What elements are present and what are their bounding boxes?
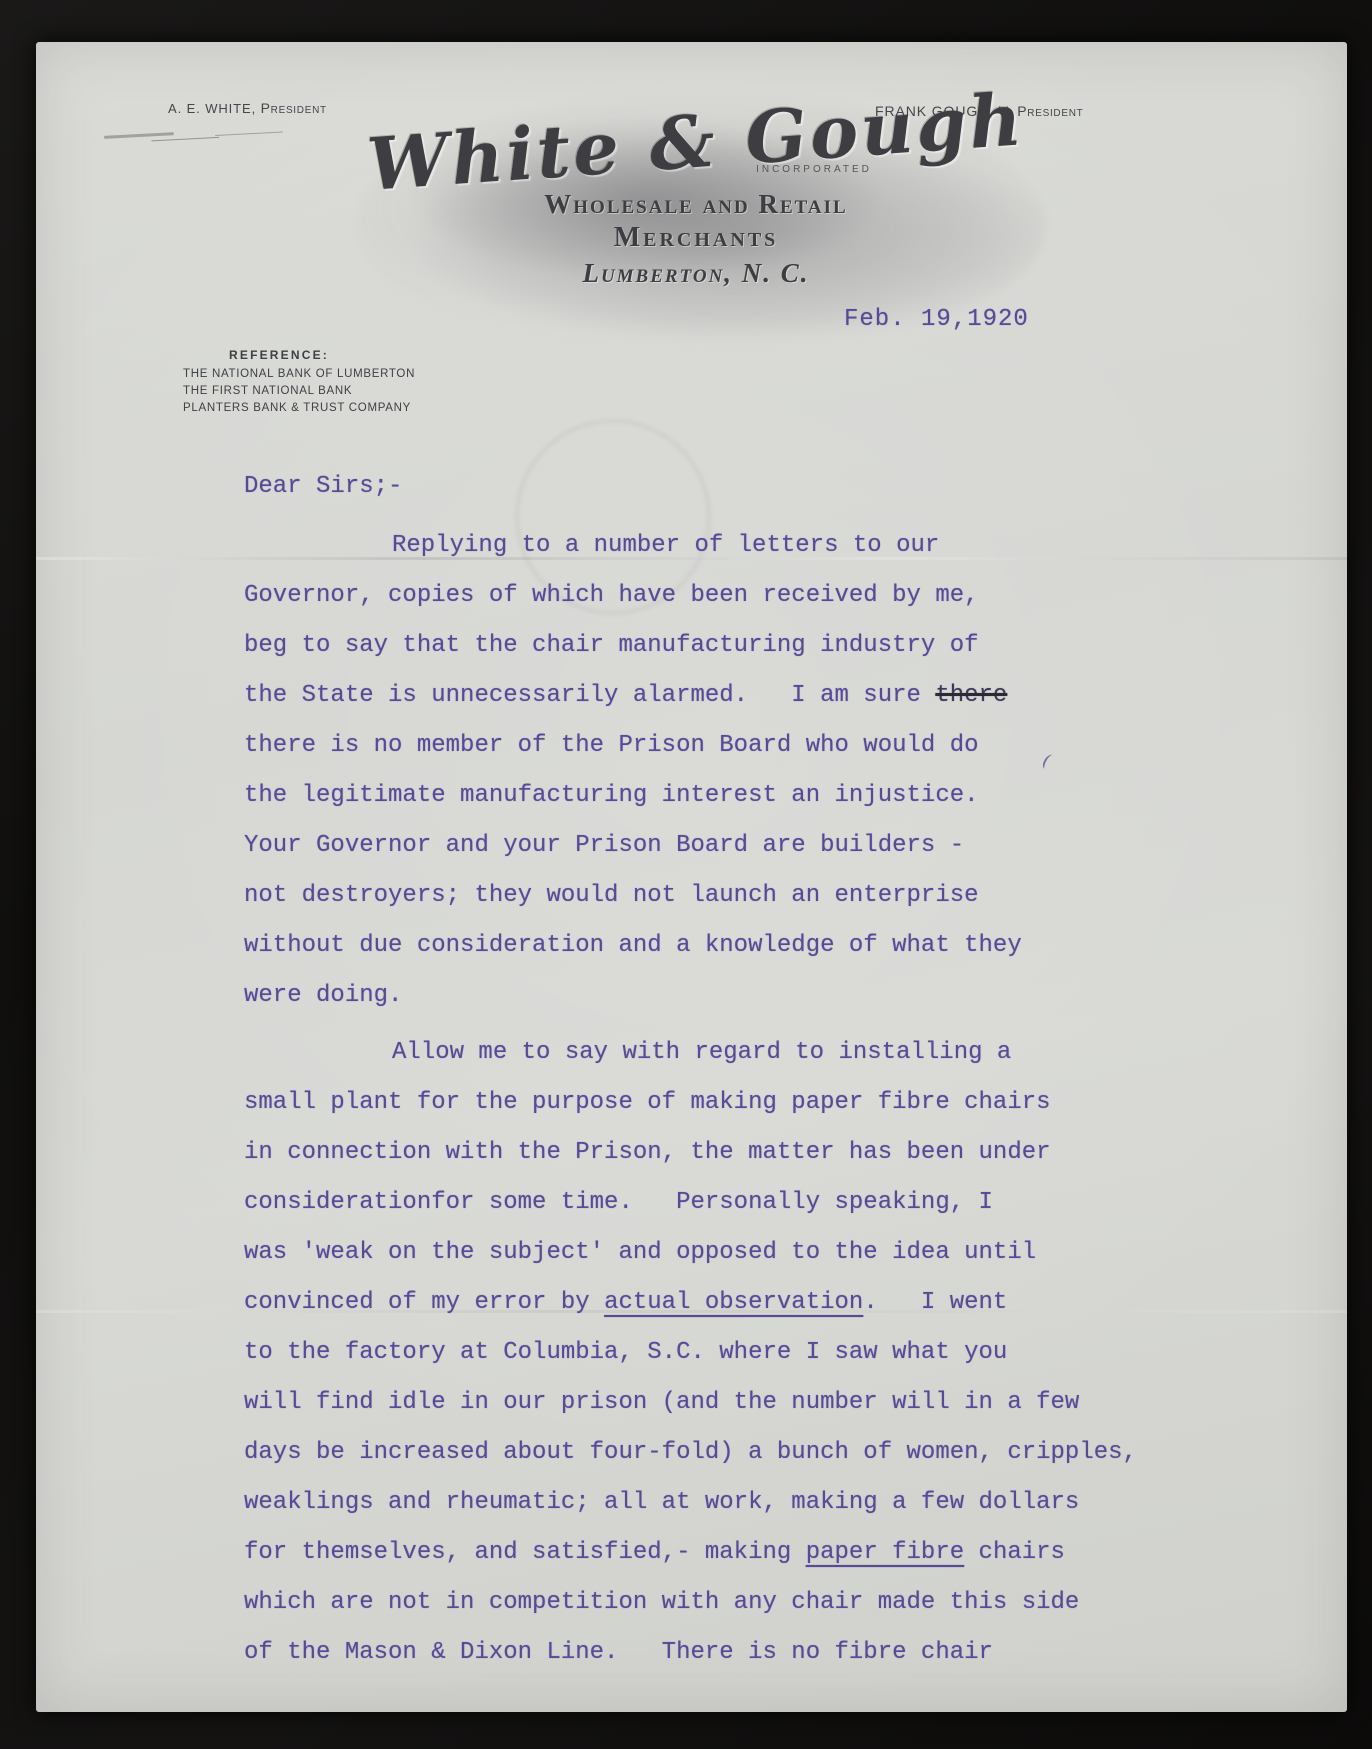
underlined-phrase: paper fibre xyxy=(806,1539,964,1566)
scanned-letter-page: A. E. WHITE, President FRANK GOUGH, V. P… xyxy=(0,0,1372,1749)
letter-line: beg to say that the chair manufacturing … xyxy=(244,621,1184,671)
letter-line: considerationfor some time. Personally s… xyxy=(244,1178,1184,1228)
letter-line: small plant for the purpose of making pa… xyxy=(244,1078,1184,1128)
letter-line: will find idle in our prison (and the nu… xyxy=(244,1378,1184,1428)
line-text: . I went xyxy=(863,1289,1007,1316)
letter-line: convinced of my error by actual observat… xyxy=(244,1278,1184,1328)
letter-line: for themselves, and satisfied,- making p… xyxy=(244,1528,1184,1578)
company-logo: White & Gough INCORPORATED Wholesale and… xyxy=(326,104,1066,374)
letter-line: without due consideration and a knowledg… xyxy=(244,921,1184,971)
letter-line: were doing. xyxy=(244,971,1184,1021)
reference-label: REFERENCE: xyxy=(229,348,415,362)
paper-damage-mark xyxy=(104,132,174,139)
letter-line: the legitimate manufacturing interest an… xyxy=(244,771,1184,821)
letter-line: to the factory at Columbia, S.C. where I… xyxy=(244,1328,1184,1378)
paragraph-2: Allow me to say with regard to installin… xyxy=(244,1028,1184,1678)
letter-line: was 'weak on the subject' and opposed to… xyxy=(244,1228,1184,1278)
letter-line: weaklings and rheumatic; all at work, ma… xyxy=(244,1478,1184,1528)
line-text: for themselves, and satisfied,- making xyxy=(244,1539,806,1566)
struck-out-word: there xyxy=(935,682,1007,709)
letter-line: not destroyers; they would not launch an… xyxy=(244,871,1184,921)
letter-line: of the Mason & Dixon Line. There is no f… xyxy=(244,1628,1184,1678)
letter-line: Allow me to say with regard to installin… xyxy=(244,1028,1184,1078)
letter-line: the State is unnecessarily alarmed. I am… xyxy=(244,671,1184,721)
reference-bank: PLANTERS BANK & TRUST COMPANY xyxy=(183,400,415,417)
bank-references: REFERENCE: THE NATIONAL BANK OF LUMBERTO… xyxy=(183,348,415,417)
underlined-phrase: actual observation xyxy=(604,1289,863,1316)
incorporated-label: INCORPORATED xyxy=(444,164,1184,175)
salutation: Dear Sirs;- xyxy=(244,462,1184,512)
president-title: President xyxy=(261,100,327,116)
letter-line: days be increased about four-fold) a bun… xyxy=(244,1428,1184,1478)
letter-line: Governor, copies of which have been rece… xyxy=(244,571,1184,621)
letter-line: in connection with the Prison, the matte… xyxy=(244,1128,1184,1178)
paragraph-1: Replying to a number of letters to our G… xyxy=(244,521,1184,1021)
line-text: the State is unnecessarily alarmed. I am… xyxy=(244,682,935,709)
company-location: Lumberton, N. C. xyxy=(326,258,1066,289)
letter-line: Replying to a number of letters to our xyxy=(244,521,1184,571)
letter-line: there is no member of the Prison Board w… xyxy=(244,721,1184,771)
president-name-text: A. E. WHITE, xyxy=(168,101,261,116)
letter-line: which are not in competition with any ch… xyxy=(244,1578,1184,1628)
letter-line: Your Governor and your Prison Board are … xyxy=(244,821,1184,871)
business-type-line2: Merchants xyxy=(326,222,1066,254)
letter-body: Dear Sirs;- Replying to a number of lett… xyxy=(244,462,1184,1678)
reference-bank: THE NATIONAL BANK OF LUMBERTON xyxy=(183,366,415,383)
letter-date: Feb. 19,1920 xyxy=(844,306,1029,333)
president-name: A. E. WHITE, President xyxy=(168,100,327,116)
letter-paper: A. E. WHITE, President FRANK GOUGH, V. P… xyxy=(36,42,1347,1712)
reference-bank: THE FIRST NATIONAL BANK xyxy=(183,383,415,400)
line-text: convinced of my error by xyxy=(244,1289,604,1316)
line-text: chairs xyxy=(964,1539,1065,1566)
